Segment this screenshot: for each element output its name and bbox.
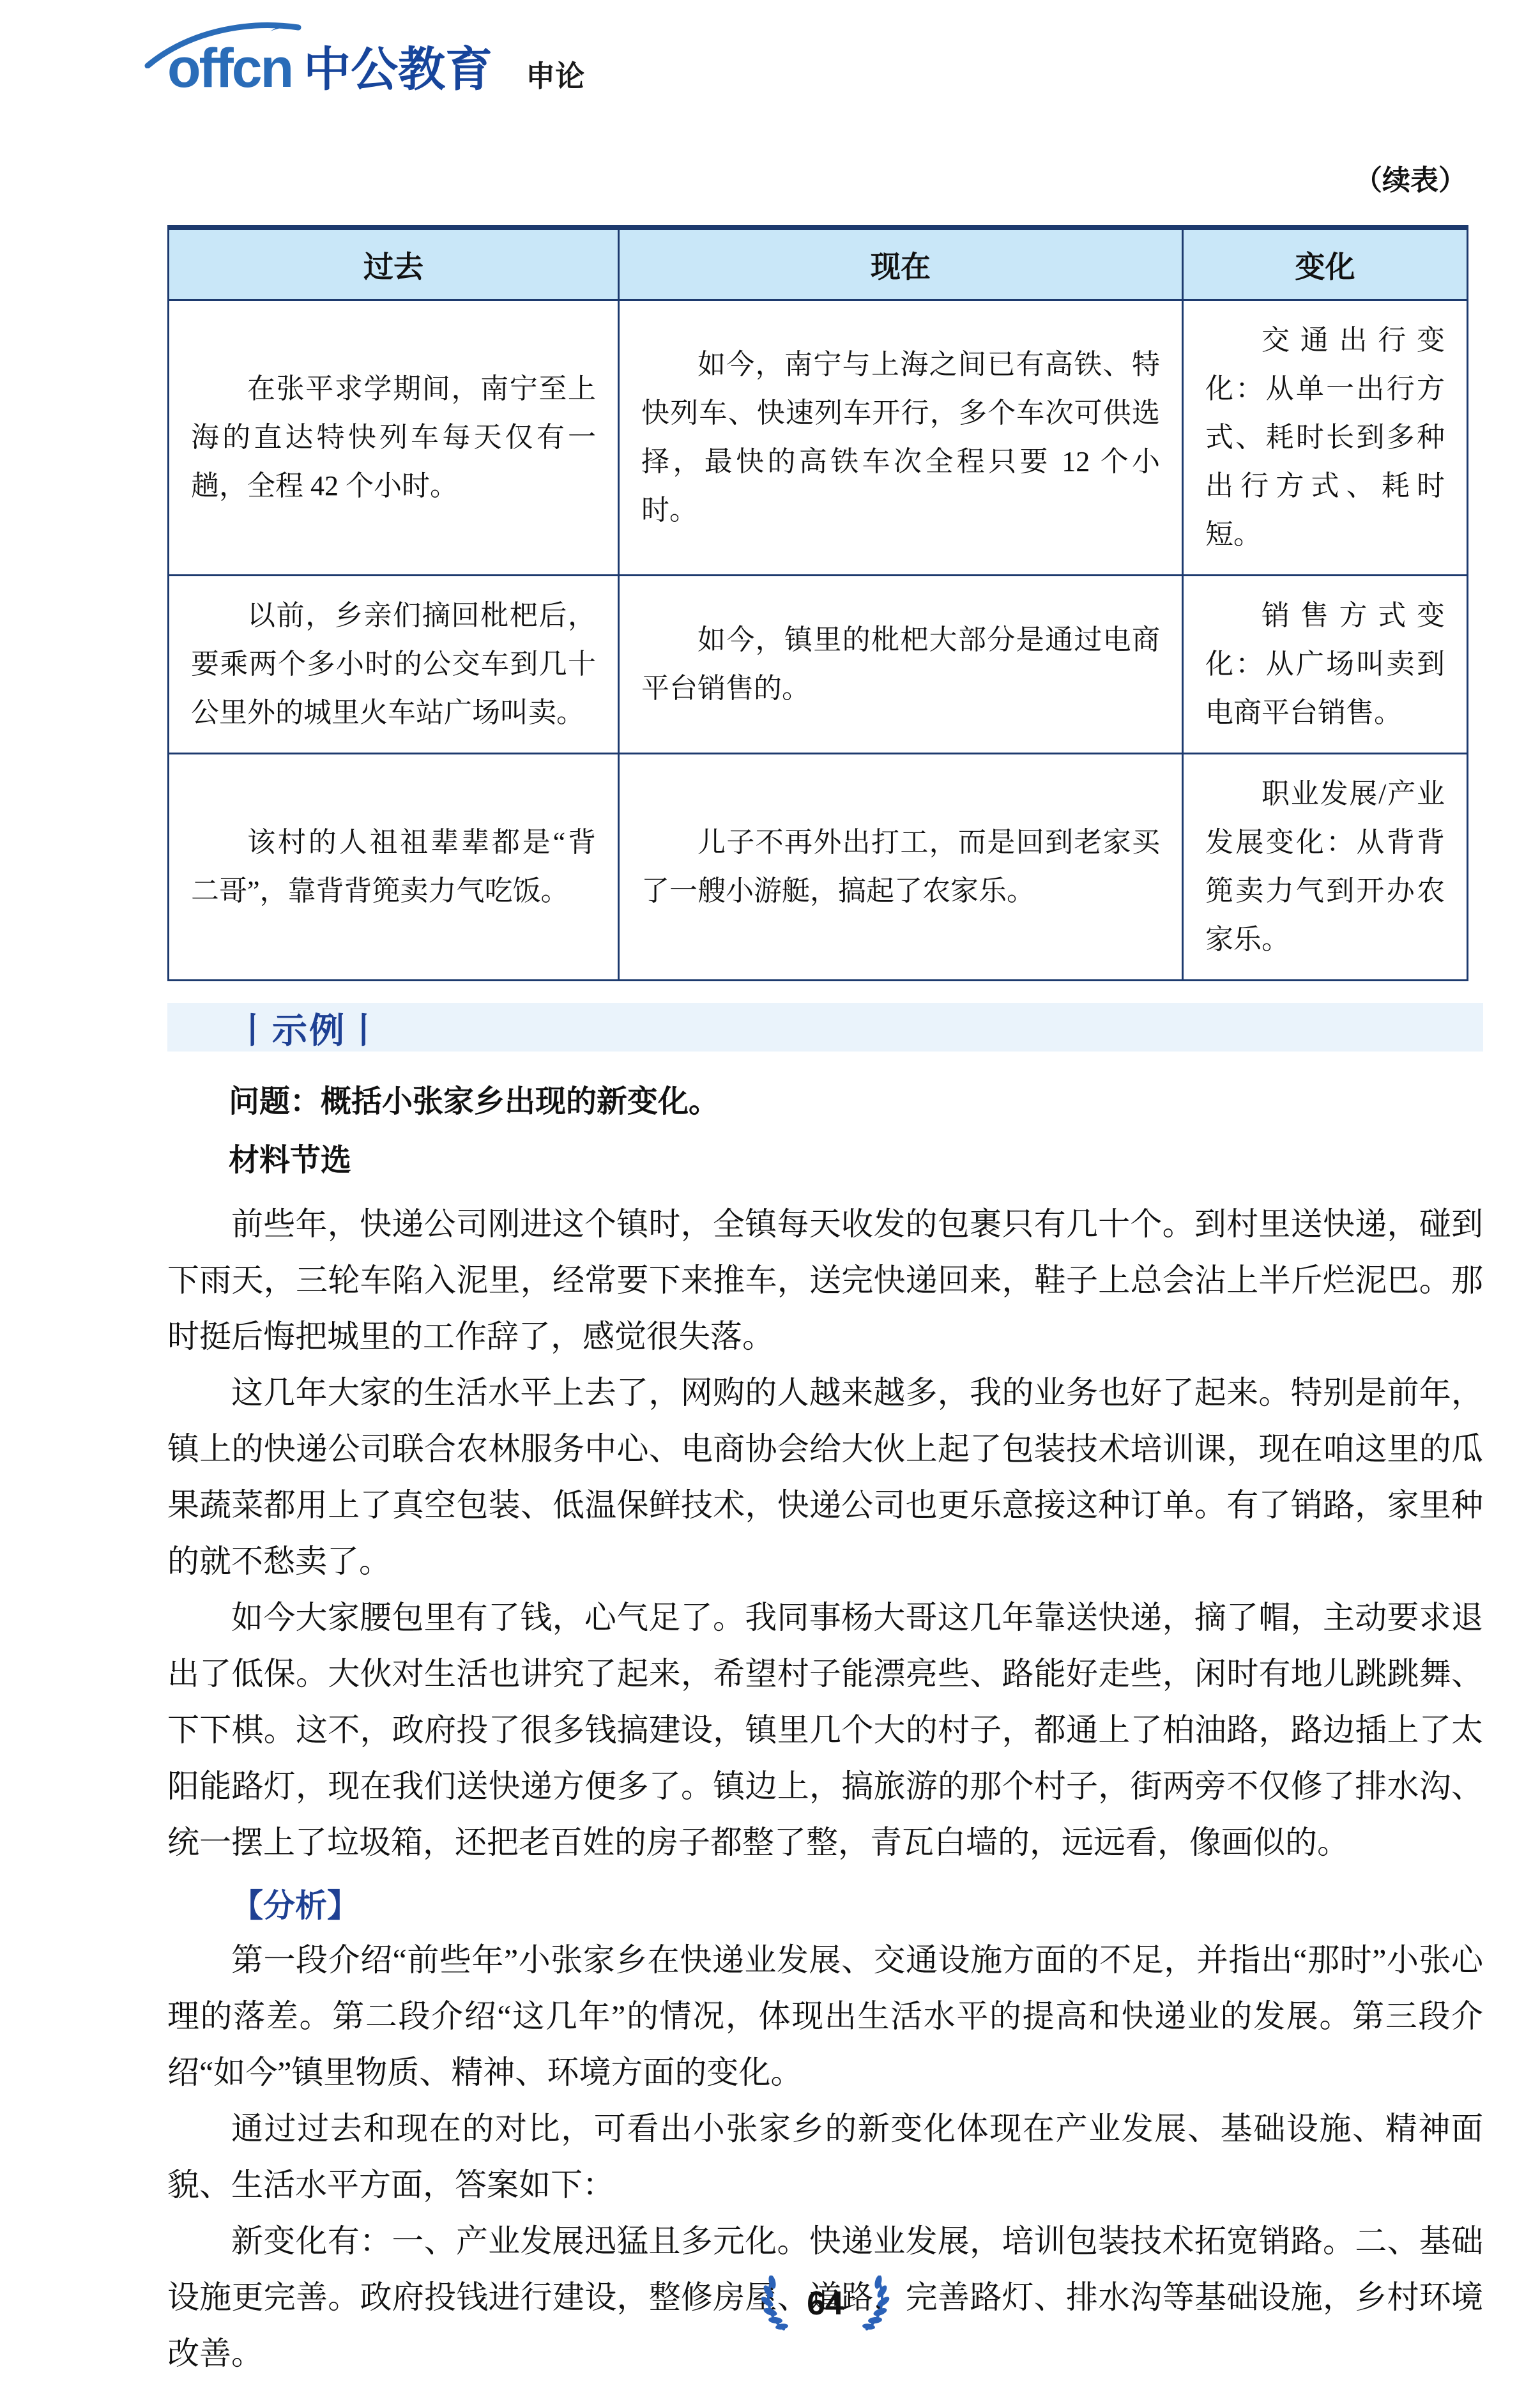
cell-past: 以前，乡亲们摘回枇杷后，要乘两个多小时的公交车到几十公里外的城里火车站广场叫卖。 xyxy=(169,576,619,754)
continued-table-note: （续表） xyxy=(167,157,1467,198)
analysis-paragraph: 通过过去和现在的对比，可看出小张家乡的新变化体现在产业发展、基础设施、精神面貌、… xyxy=(167,2100,1483,2213)
example-section-label: 丨示例丨 xyxy=(235,1002,383,1053)
subject-label: 申论 xyxy=(526,61,584,93)
brand-name: 中公教育 xyxy=(303,46,492,93)
table-row: 在张平求学期间，南宁至上海的直达特快列车每天仅有一趟，全程 42 个小时。 如今… xyxy=(169,300,1468,576)
cell-text: 如今，南宁与上海之间已有高铁、特快列车、快速列车开行，多个车次可供选择，最快的高… xyxy=(641,340,1160,535)
laurel-right-icon xyxy=(862,2276,892,2332)
table-row: 以前，乡亲们摘回枇杷后，要乘两个多小时的公交车到几十公里外的城里火车站广场叫卖。… xyxy=(169,576,1468,754)
table-header-row: 过去 现在 变化 xyxy=(169,227,1468,300)
page-footer: 64 xyxy=(167,2276,1483,2332)
example-section-band: 丨示例丨 xyxy=(167,1003,1483,1052)
question-line: 问题：概括小张家乡出现的新变化。 xyxy=(167,1083,1483,1121)
offcn-logo: offcn xyxy=(167,44,292,93)
column-header-past: 过去 xyxy=(169,227,619,300)
cell-text: 以前，乡亲们摘回枇杷后，要乘两个多小时的公交车到几十公里外的城里火车站广场叫卖。 xyxy=(191,592,596,737)
cell-text: 交通出行变化：从单一出行方式、耗时长到多种出行方式、耗时短。 xyxy=(1205,316,1445,559)
cell-text: 在张平求学期间，南宁至上海的直达特快列车每天仅有一趟，全程 42 个小时。 xyxy=(191,365,596,510)
cell-text: 如今，镇里的枇杷大部分是通过电商平台销售的。 xyxy=(641,616,1160,713)
analysis-label: 【分析】 xyxy=(167,1883,1483,1928)
cell-past: 在张平求学期间，南宁至上海的直达特快列车每天仅有一趟，全程 42 个小时。 xyxy=(169,300,619,576)
comparison-table: 过去 现在 变化 在张平求学期间，南宁至上海的直达特快列车每天仅有一趟，全程 4… xyxy=(167,225,1468,981)
cell-past: 该村的人祖祖辈辈都是“背二哥”，靠背背篼卖力气吃饭。 xyxy=(169,754,619,981)
page-number: 64 xyxy=(807,2284,844,2323)
material-excerpt-label: 材料节选 xyxy=(167,1142,1483,1179)
column-header-change: 变化 xyxy=(1183,227,1468,300)
laurel-left-icon xyxy=(758,2276,789,2332)
analysis-paragraph: 第一段介绍“前些年”小张家乡在快递业发展、交通设施方面的不足，并指出“那时”小张… xyxy=(167,1932,1483,2100)
cell-text: 儿子不再外出打工，而是回到老家买了一艘小游艇，搞起了农家乐。 xyxy=(641,818,1160,915)
example-content: 问题：概括小张家乡出现的新变化。 材料节选 前些年，快递公司刚进这个镇时，全镇每… xyxy=(167,1083,1483,2382)
cell-present: 如今，南宁与上海之间已有高铁、特快列车、快速列车开行，多个车次可供选择，最快的高… xyxy=(619,300,1183,576)
brand-header: offcn 中公教育 申论 xyxy=(167,0,1540,93)
cell-text: 销售方式变化：从广场叫卖到电商平台销售。 xyxy=(1205,592,1445,737)
cell-text: 职业发展/产业发展变化：从背背篼卖力气到开办农家乐。 xyxy=(1205,770,1445,964)
column-header-present: 现在 xyxy=(619,227,1183,300)
cell-change: 职业发展/产业发展变化：从背背篼卖力气到开办农家乐。 xyxy=(1183,754,1468,981)
table-row: 该村的人祖祖辈辈都是“背二哥”，靠背背篼卖力气吃饭。 儿子不再外出打工，而是回到… xyxy=(169,754,1468,981)
logo-swoosh-icon xyxy=(142,19,302,68)
cell-text: 该村的人祖祖辈辈都是“背二哥”，靠背背篼卖力气吃饭。 xyxy=(191,818,596,915)
material-paragraph: 这几年大家的生活水平上去了，网购的人越来越多，我的业务也好了起来。特别是前年，镇… xyxy=(167,1365,1483,1589)
cell-change: 交通出行变化：从单一出行方式、耗时长到多种出行方式、耗时短。 xyxy=(1183,300,1468,576)
cell-present: 如今，镇里的枇杷大部分是通过电商平台销售的。 xyxy=(619,576,1183,754)
material-paragraph: 前些年，快递公司刚进这个镇时，全镇每天收发的包裹只有几十个。到村里送快递，碰到下… xyxy=(167,1196,1483,1365)
book-page: offcn 中公教育 申论 （续表） 过去 现在 变化 在张平求学期间，南宁至上… xyxy=(0,0,1540,2402)
material-paragraph: 如今大家腰包里有了钱，心气足了。我同事杨大哥这几年靠送快递，摘了帽，主动要求退出… xyxy=(167,1589,1483,1870)
cell-change: 销售方式变化：从广场叫卖到电商平台销售。 xyxy=(1183,576,1468,754)
cell-present: 儿子不再外出打工，而是回到老家买了一艘小游艇，搞起了农家乐。 xyxy=(619,754,1183,981)
